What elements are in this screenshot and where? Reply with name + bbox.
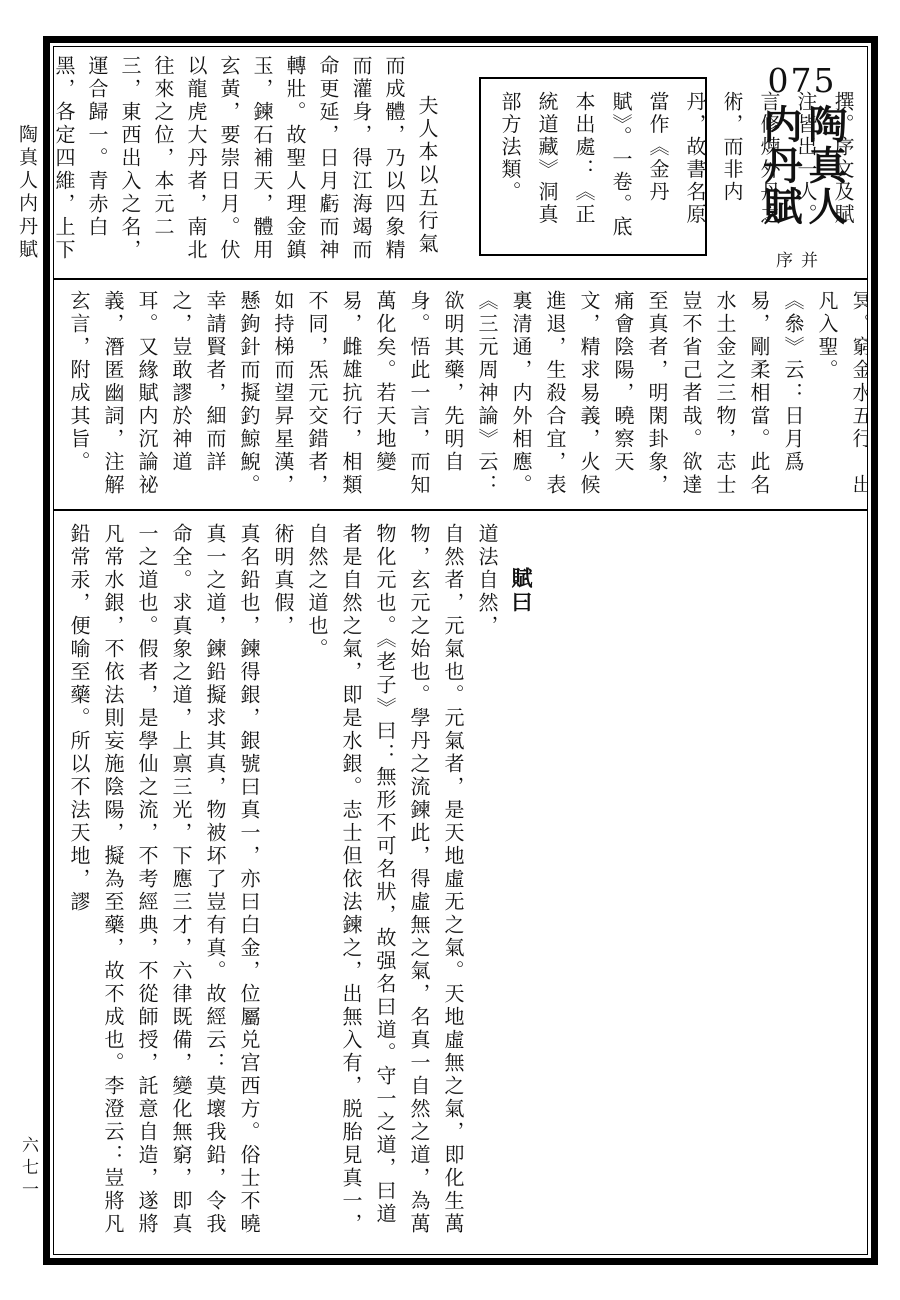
title-block: 075 陶真人内丹賦 并序 bbox=[743, 55, 861, 272]
fu-verse-1: 道法自然， bbox=[470, 523, 504, 1246]
folio-page-number: 六七一 bbox=[16, 1136, 41, 1202]
margin-running-title: 陶真人内丹賦 bbox=[14, 124, 41, 262]
fu-note-1: 自然者，元氣也。元氣者，是天地虛无之氣。天地虛無之氣，即化生萬物，玄元之始也。學… bbox=[300, 523, 470, 1246]
fu-note-2: 真名鉛也，鍊得銀，銀號曰真一，亦曰白金，位屬兑宫西方。俗士不曉真一之道，鍊鉛擬求… bbox=[62, 523, 266, 1246]
register-bottom: 賦曰 道法自然， 自然者，元氣也。元氣者，是天地虛无之氣。天地虛無之氣，即化生萬… bbox=[54, 511, 867, 1254]
fu-verse-2: 術明真假， bbox=[266, 523, 300, 1246]
abstract-box: 經名：陶真人内丹賦。唐末五代道士陶植撰。序文及賦注皆出一人。言修煉外丹之術，而非… bbox=[479, 77, 707, 256]
subtitle-label: 并序 bbox=[770, 251, 820, 272]
preface-start: 夫人本以五行氣而成體，乃以四象精而灌身，得江海竭而命更延，日月虧而神轉壯。故聖人… bbox=[54, 55, 443, 272]
preface-text-part1: 夫人本以五行氣而成體，乃以四象精而灌身，得江海竭而命更延，日月虧而神轉壯。故聖人… bbox=[54, 55, 443, 272]
page-inner-border: 075 陶真人内丹賦 并序 經名：陶真人内丹賦。唐末五代道士陶植撰。序文及賦注皆… bbox=[53, 46, 868, 1255]
fu-heading: 賦曰 bbox=[504, 523, 538, 1246]
page-frame: 075 陶真人内丹賦 并序 經名：陶真人内丹賦。唐末五代道士陶植撰。序文及賦注皆… bbox=[43, 36, 878, 1265]
register-middle: 其明也。春夏進長滋隆，皆禀於四時。秋冬退伏蟄藏，豈離於一運。乾長於艮、巽之體，剛… bbox=[54, 280, 867, 509]
doc-number: 075 bbox=[768, 61, 837, 100]
main-title: 陶真人内丹賦 bbox=[757, 104, 847, 247]
preface-text-part2a: 其明也。春夏進長滋隆，皆禀於四時。秋冬退伏蟄藏，豈離於一運。乾長於艮、巽之體，剛… bbox=[810, 290, 867, 503]
preface-text-part2b: 《叅》云：日月爲易，剛柔相當。此名水土金之三物，志士豈不省己者哉。欲達至真者，明… bbox=[62, 290, 810, 503]
register-top: 075 陶真人内丹賦 并序 經名：陶真人内丹賦。唐末五代道士陶植撰。序文及賦注皆… bbox=[54, 47, 867, 278]
